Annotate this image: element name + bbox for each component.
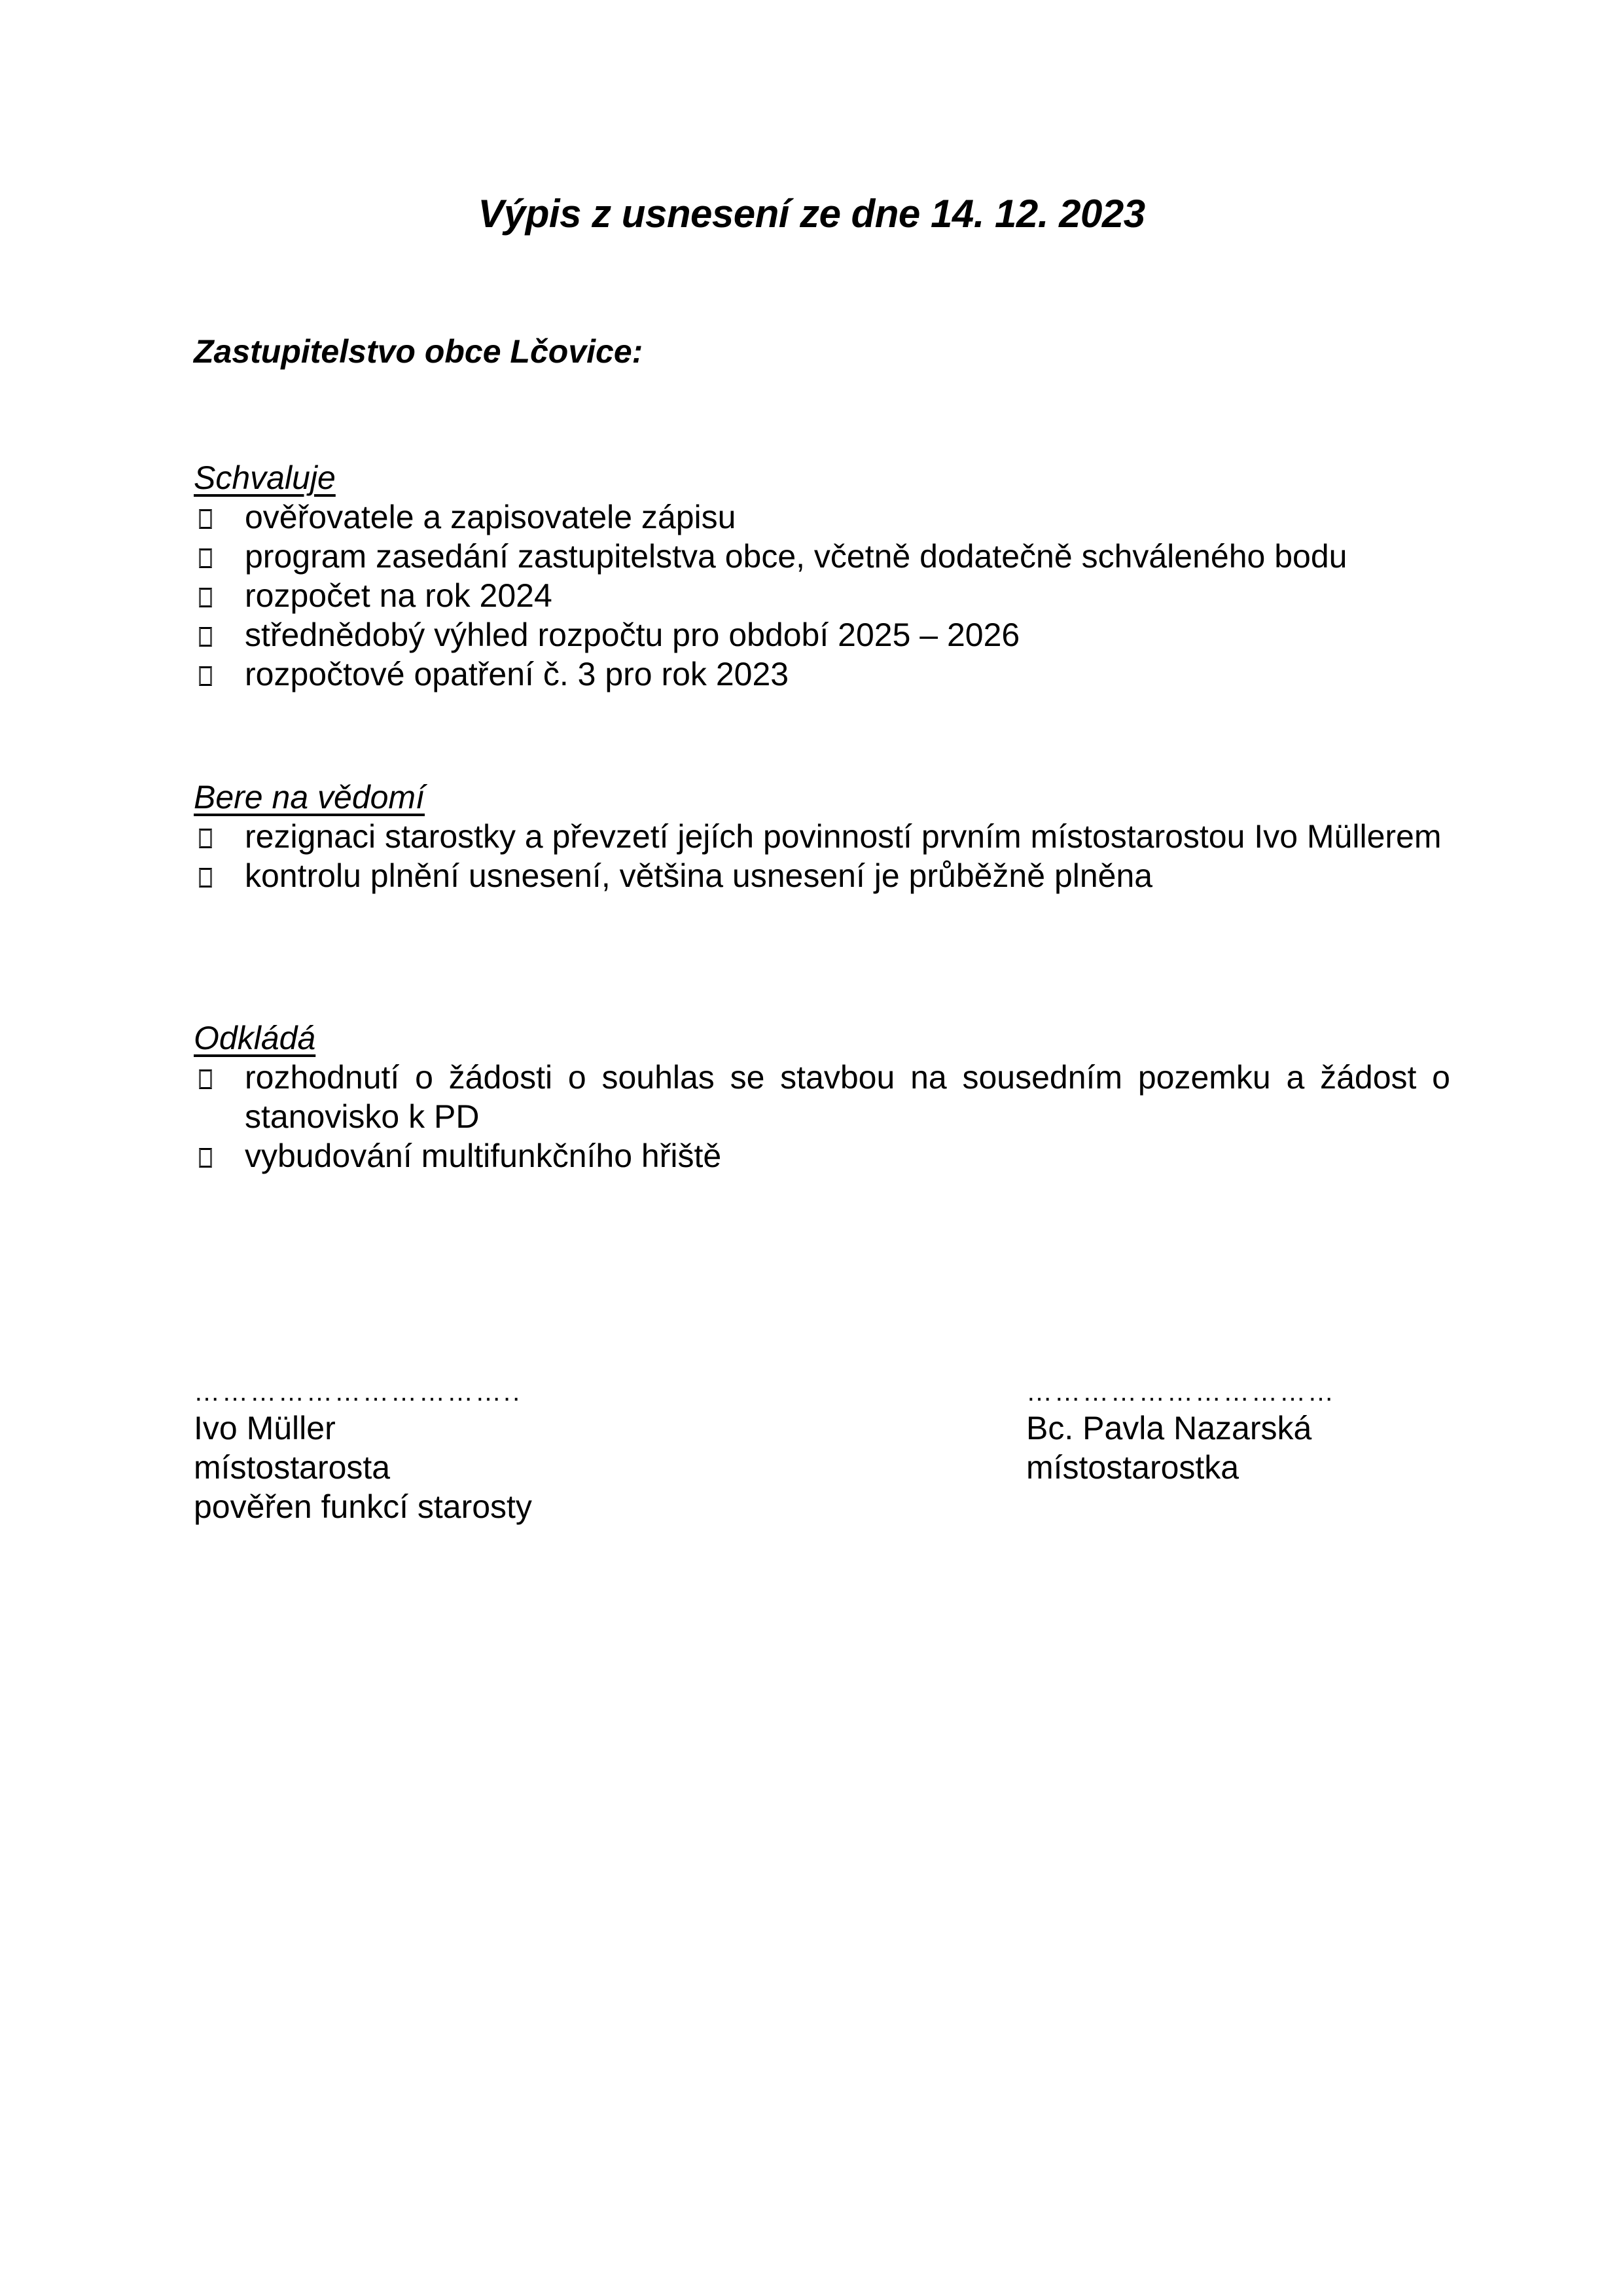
list-item-text: kontrolu plnění usnesení, většina usnese… (245, 856, 1450, 895)
square-bullet-icon (194, 1058, 245, 1136)
list-item-text: ověřovatele a zapisovatele zápisu (245, 497, 1450, 537)
list-item-text: vybudování multifunkčního hřiště (245, 1136, 1450, 1175)
list-item-text: program zasedání zastupitelstva obce, vč… (245, 537, 1450, 576)
list-item-text: rozpočet na rok 2024 (245, 576, 1450, 615)
signatory-name: Bc. Pavla Nazarská (1026, 1408, 1336, 1448)
list-item-text: rozhodnutí o žádosti o souhlas se stavbo… (245, 1058, 1450, 1136)
list-item: rozpočtové opatření č. 3 pro rok 2023 (194, 655, 1450, 694)
list-item: vybudování multifunkčního hřiště (194, 1136, 1450, 1175)
square-bullet-icon (194, 856, 245, 895)
section-schvaluje: Schvaluje ověřovatele a zapisovatele záp… (194, 458, 1450, 694)
list-item: ověřovatele a zapisovatele zápisu (194, 497, 1450, 537)
square-bullet-icon (194, 817, 245, 856)
square-bullet-icon (194, 615, 245, 655)
signature-block-left: …………………………….. Ivo Müller místostarosta p… (194, 1376, 532, 1526)
signature-line: …………………………….. (194, 1376, 532, 1408)
list-item-text: rezignaci starostky a převzetí jejích po… (245, 817, 1450, 856)
square-bullet-icon (194, 537, 245, 576)
signatory-role: místostarostka (1026, 1448, 1336, 1487)
list-item: rezignaci starostky a převzetí jejích po… (194, 817, 1450, 856)
signatory-role: místostarosta (194, 1448, 532, 1487)
list-item: střednědobý výhled rozpočtu pro období 2… (194, 615, 1450, 655)
council-heading: Zastupitelstvo obce Lčovice: (194, 332, 643, 370)
section-heading: Schvaluje (194, 458, 1450, 497)
signature-line: …………………………… (1026, 1376, 1336, 1408)
list-item: rozhodnutí o žádosti o souhlas se stavbo… (194, 1058, 1450, 1136)
square-bullet-icon (194, 1136, 245, 1175)
square-bullet-icon (194, 576, 245, 615)
signatory-note: pověřen funkcí starosty (194, 1487, 532, 1526)
list-item-text: střednědobý výhled rozpočtu pro období 2… (245, 615, 1450, 655)
section-heading: Bere na vědomí (194, 778, 1450, 817)
square-bullet-icon (194, 497, 245, 537)
signatory-name: Ivo Müller (194, 1408, 532, 1448)
square-bullet-icon (194, 655, 245, 694)
section-odklada: Odkládá rozhodnutí o žádosti o souhlas s… (194, 1018, 1450, 1175)
section-heading: Odkládá (194, 1018, 1450, 1058)
list-item-text: rozpočtové opatření č. 3 pro rok 2023 (245, 655, 1450, 694)
list-item: rozpočet na rok 2024 (194, 576, 1450, 615)
document-title: Výpis z usnesení ze dne 14. 12. 2023 (0, 191, 1623, 236)
list-item: kontrolu plnění usnesení, většina usnese… (194, 856, 1450, 895)
signature-block-right: …………………………… Bc. Pavla Nazarská místostar… (1026, 1376, 1336, 1487)
section-bere-na-vedomi: Bere na vědomí rezignaci starostky a pře… (194, 778, 1450, 895)
list-item: program zasedání zastupitelstva obce, vč… (194, 537, 1450, 576)
